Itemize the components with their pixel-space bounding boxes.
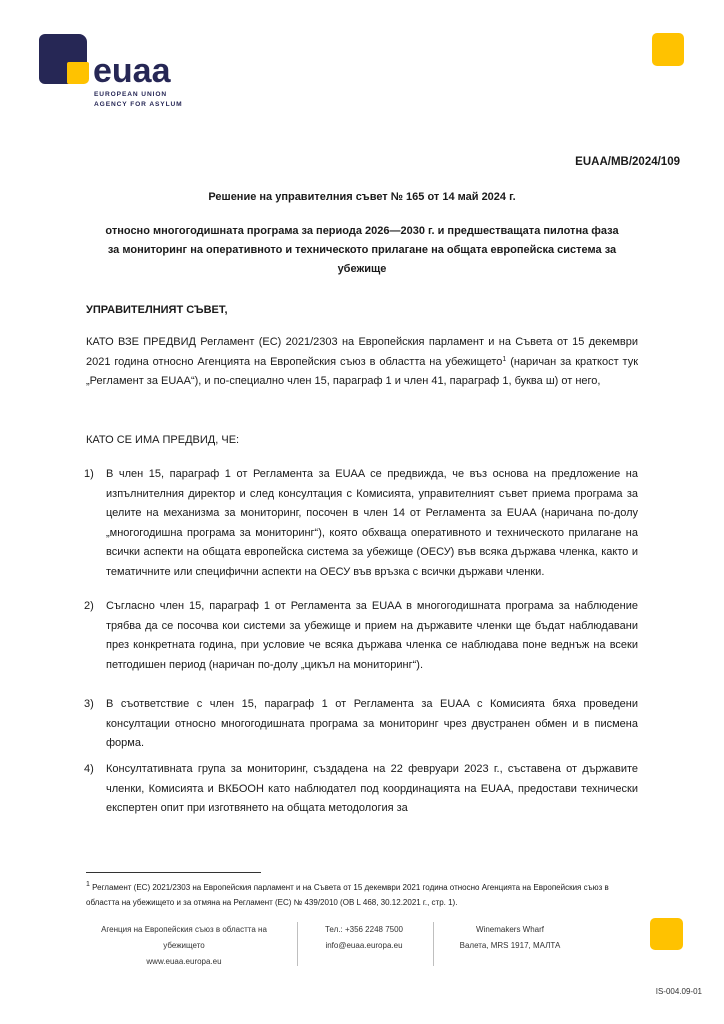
board-heading: УПРАВИТЕЛНИЯТ СЪВЕТ, xyxy=(86,304,228,316)
footer-agency-line-1: Агенция на Европейския съюз в областта н… xyxy=(84,922,284,938)
recital-item: 4) Консултативната група за мониторинг, … xyxy=(106,760,638,819)
footer-address-line-2: Валета, MRS 1917, МАЛТА xyxy=(440,938,580,954)
yellow-corner-square xyxy=(652,33,684,66)
decision-subtitle: относно многогодишната програма за перио… xyxy=(100,222,624,279)
recital-item: 1) В член 15, параграф 1 от Регламента з… xyxy=(106,465,638,582)
footer-yellow-square xyxy=(650,918,683,950)
footer-address: Winemakers Wharf Валета, MRS 1917, МАЛТА xyxy=(440,922,580,954)
document-reference: EUAA/MB/2024/109 xyxy=(575,156,680,168)
footer-website-link[interactable]: www.euaa.europa.eu xyxy=(84,954,284,970)
logo-line-1: EUROPEAN UNION xyxy=(94,91,167,98)
recital-text: В съответствие с член 15, параграф 1 от … xyxy=(106,698,638,749)
logo-yellow-square xyxy=(67,62,89,84)
footer-agency: Агенция на Европейския съюз в областта н… xyxy=(84,922,284,970)
footer-divider xyxy=(297,922,298,966)
footer-email-link[interactable]: info@euaa.europa.eu xyxy=(304,938,424,954)
footnote-number: 1 xyxy=(86,881,90,888)
recital-number: 3) xyxy=(84,695,94,715)
document-code: IS-004.09-01 xyxy=(656,987,702,996)
footer-divider xyxy=(433,922,434,966)
whereas-heading: КАТО СЕ ИМА ПРЕДВИД, ЧЕ: xyxy=(86,434,239,446)
footnote-text: Регламент (ЕС) 2021/2303 на Европейския … xyxy=(86,883,609,907)
logo-line-2: AGENCY FOR ASYLUM xyxy=(94,101,183,108)
footnote-reference[interactable]: 1 xyxy=(502,356,506,363)
logo-wordmark: euaa xyxy=(93,56,171,86)
recital-item: 3) В съответствие с член 15, параграф 1 … xyxy=(106,695,638,754)
footer-phone: Тел.: +356 2248 7500 xyxy=(304,922,424,938)
decision-title: Решение на управителния съвет № 165 от 1… xyxy=(80,188,644,207)
recital-number: 1) xyxy=(84,465,94,485)
recital-number: 2) xyxy=(84,597,94,617)
footer-agency-line-2: убежището xyxy=(84,938,284,954)
euaa-logo: euaa EUROPEAN UNION AGENCY FOR ASYLUM xyxy=(39,34,189,94)
recital-text: Консултативната група за мониторинг, съз… xyxy=(106,763,638,814)
footnote: 1 Регламент (ЕС) 2021/2303 на Европейски… xyxy=(86,880,638,910)
recital-text: Съгласно член 15, параграф 1 от Регламен… xyxy=(106,600,638,671)
having-regard-paragraph: КАТО ВЗЕ ПРЕДВИД Регламент (ЕС) 2021/230… xyxy=(86,333,638,392)
recital-number: 4) xyxy=(84,760,94,780)
footer-contact: Тел.: +356 2248 7500 info@euaa.europa.eu xyxy=(304,922,424,954)
footnote-separator xyxy=(86,872,261,873)
recital-item: 2) Съгласно член 15, параграф 1 от Регла… xyxy=(106,597,638,675)
footer-address-line-1: Winemakers Wharf xyxy=(440,922,580,938)
recital-text: В член 15, параграф 1 от Регламента за E… xyxy=(106,468,638,578)
